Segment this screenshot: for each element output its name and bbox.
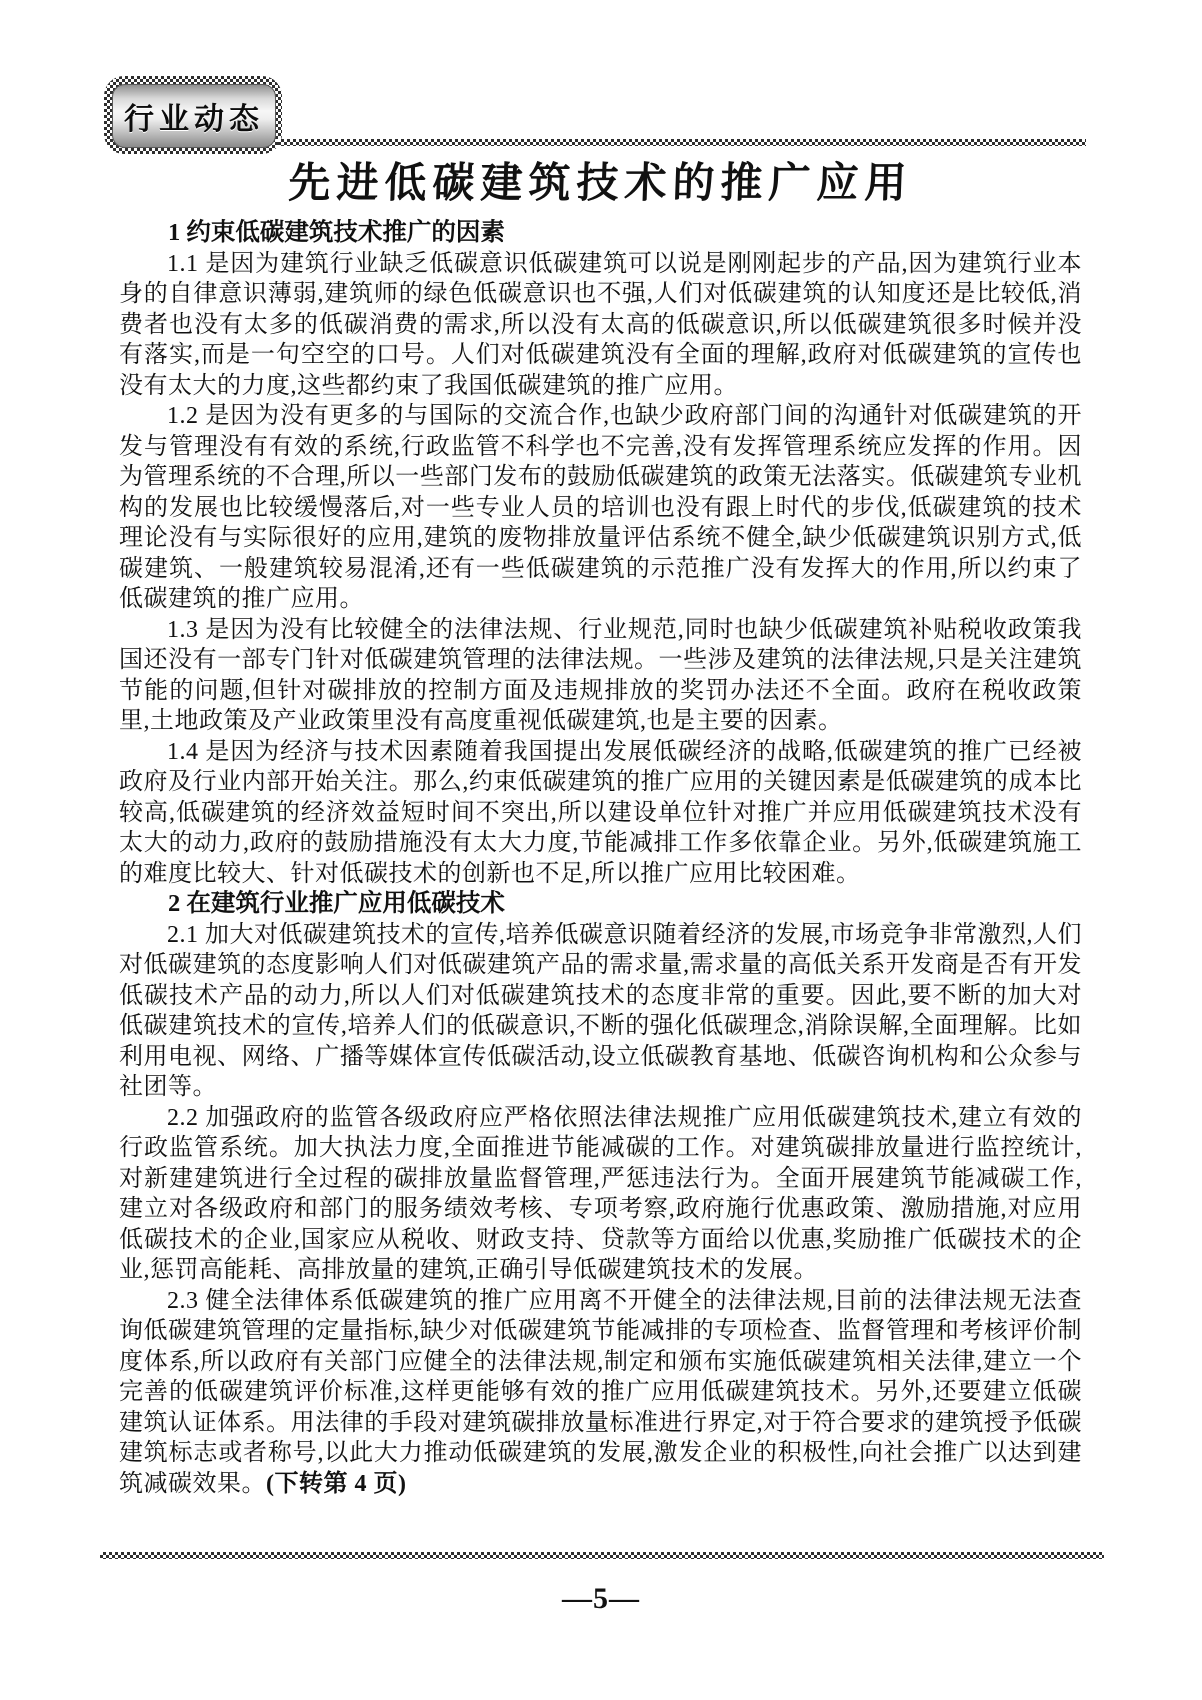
paragraph-2-1: 2.1 加大对低碳建筑技术的宣传,培养低碳意识随着经济的发展,市场竞争非常激烈,… [119, 920, 1082, 1103]
section-tag-badge-face: 行业动态 [112, 84, 276, 148]
paragraph-1-2: 1.2 是因为没有更多的与国际的交流合作,也缺少政府部门间的沟通针对低碳建筑的开… [119, 401, 1082, 615]
section-2-heading: 2 在建筑行业推广应用低碳技术 [119, 889, 1082, 920]
article: 先进低碳建筑技术的推广应用 1 约束低碳建筑技术推广的因素 1.1 是因为建筑行… [119, 152, 1082, 1499]
paragraph-1-1: 1.1 是因为建筑行业缺乏低碳意识低碳建筑可以说是刚刚起步的产品,因为建筑行业本… [119, 249, 1082, 402]
footer-rule [100, 1552, 1104, 1559]
section-tag-label: 行业动态 [124, 94, 264, 138]
paragraph-1-4: 1.4 是因为经济与技术因素随着我国提出发展低碳经济的战略,低碳建筑的推广已经被… [119, 737, 1082, 890]
continuation-note: (下转第 4 页) [266, 1471, 406, 1497]
section-1-heading: 1 约束低碳建筑技术推广的因素 [119, 218, 1082, 249]
paragraph-1-3: 1.3 是因为没有比较健全的法律法规、行业规范,同时也缺少低碳建筑补贴税收政策我… [119, 615, 1082, 737]
page-number: —5— [0, 1582, 1202, 1616]
section-tag-badge: 行业动态 [104, 76, 282, 154]
paragraph-2-3: 2.3 健全法律体系低碳建筑的推广应用离不开健全的法律法规,目前的法律法规无法查… [119, 1286, 1082, 1500]
document-page: 行业动态 先进低碳建筑技术的推广应用 1 约束低碳建筑技术推广的因素 1.1 是… [0, 0, 1202, 1700]
paragraph-2-2: 2.2 加强政府的监管各级政府应严格依照法律法规推广应用低碳建筑技术,建立有效的… [119, 1103, 1082, 1286]
article-title: 先进低碳建筑技术的推广应用 [118, 158, 1083, 210]
paragraph-2-3-text: 2.3 健全法律体系低碳建筑的推广应用离不开健全的法律法规,目前的法律法规无法查… [119, 1288, 1082, 1497]
header-rule [278, 139, 1086, 146]
